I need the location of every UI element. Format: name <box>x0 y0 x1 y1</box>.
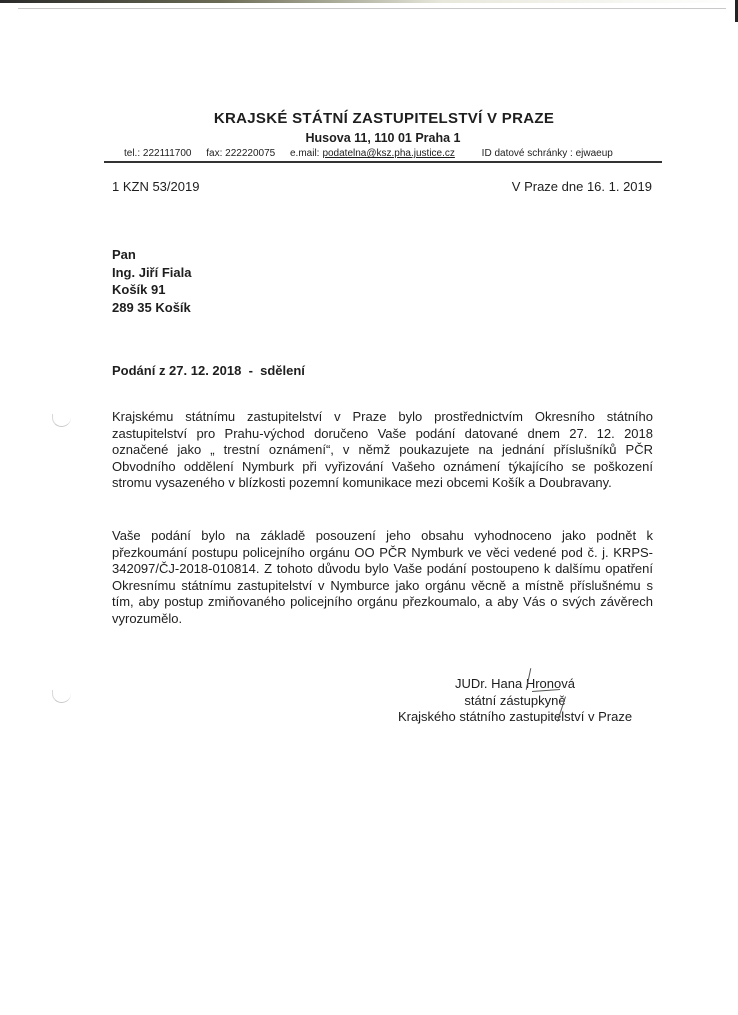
header-divider <box>104 161 662 163</box>
recipient-address: Pan Ing. Jiří Fiala Košík 91 289 35 Koší… <box>112 246 191 316</box>
place-and-date: V Praze dne 16. 1. 2019 <box>512 179 652 194</box>
telephone: tel.: 222111700 <box>124 148 191 159</box>
email-link[interactable]: podatelna@ksz.pha.justice.cz <box>322 148 454 159</box>
fax: fax: 222220075 <box>206 148 275 159</box>
punch-hole-mark <box>52 414 71 427</box>
recipient-city: 289 35 Košík <box>112 299 191 317</box>
email-group: e.mail:podatelna@ksz.pha.justice.cz <box>290 148 467 159</box>
recipient-street: Košík 91 <box>112 281 191 299</box>
signature-block: JUDr. Hana Hronová státní zástupkyně Kra… <box>380 676 650 726</box>
scan-line <box>18 8 726 9</box>
signatory-office: Krajského státního zastupitelství v Praz… <box>380 709 650 726</box>
organization-title: KRAJSKÉ STÁTNÍ ZASTUPITELSTVÍ V PRAZE <box>0 110 738 127</box>
email-label: e.mail: <box>290 148 319 159</box>
contact-line: tel.: 222111700 fax: 222220075 e.mail:po… <box>124 148 625 159</box>
organization-address: Husova 11, 110 01 Praha 1 <box>0 131 738 145</box>
recipient-salutation: Pan <box>112 246 191 264</box>
recipient-name: Ing. Jiří Fiala <box>112 264 191 282</box>
subject-line: Podání z 27. 12. 2018 - sdělení <box>112 363 305 378</box>
scan-edge-top <box>0 0 738 3</box>
reference-number: 1 KZN 53/2019 <box>112 179 199 194</box>
signatory-name: JUDr. Hana Hronová <box>380 676 650 693</box>
signatory-title: státní zástupkyně <box>380 693 650 710</box>
body-paragraph: Krajskému státnímu zastupitelství v Praz… <box>112 409 653 492</box>
punch-hole-mark <box>52 690 71 703</box>
body-paragraph: Vaše podání bylo na základě posouzení je… <box>112 528 653 627</box>
data-box-id: ID datové schránky : ejwaeup <box>482 148 613 159</box>
